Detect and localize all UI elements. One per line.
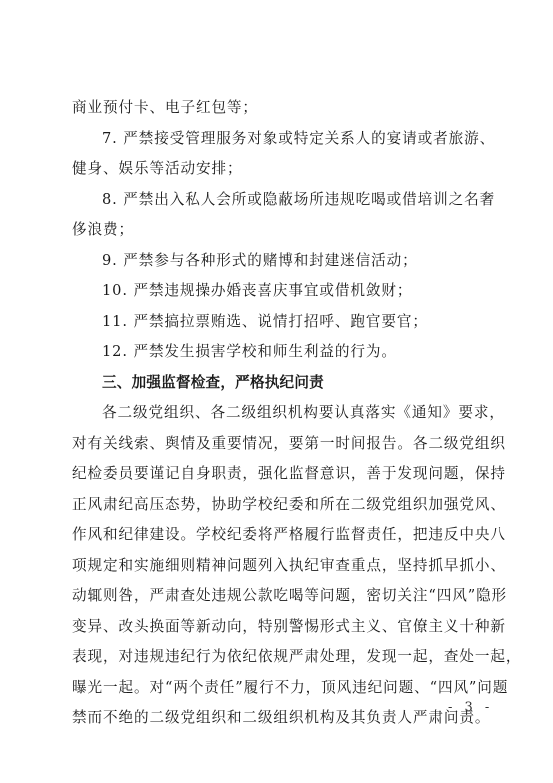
paragraph-line: 动辄则咎，严肃查处违规公款吃喝等问题，密切关注“四风”隐形 bbox=[72, 586, 482, 606]
text-line: 健身、娱乐等活动安排； bbox=[72, 159, 482, 179]
list-item-8: 8. 严禁出入私人会所或隐蔽场所违规吃喝或借培训之名奢 bbox=[102, 190, 482, 210]
paragraph-line: 各二级党组织、各二级组织机构要认真落实《通知》要求， bbox=[102, 403, 482, 423]
text-line: 商业预付卡、电子红包等； bbox=[72, 98, 482, 118]
list-item-11: 11. 严禁搞拉票贿选、说情打招呼、跑官要官； bbox=[102, 312, 482, 332]
list-item-10: 10. 严禁违规操办婚丧喜庆事宜或借机敛财； bbox=[102, 281, 482, 301]
paragraph-line: 变异、改头换面等新动向，特别警惕形式主义、官僚主义十种新 bbox=[72, 617, 482, 637]
list-item-9: 9. 严禁参与各种形式的赌博和封建迷信活动； bbox=[102, 251, 482, 271]
paragraph-line: 禁而不绝的二级党组织和二级组织机构及其负责人严肃问责。 bbox=[72, 708, 482, 728]
paragraph-line: 表现，对违规违纪行为依纪依规严肃处理，发现一起，查处一起， bbox=[72, 647, 482, 667]
page-number: - 3 - bbox=[448, 700, 493, 715]
list-item-12: 12. 严禁发生损害学校和师生利益的行为。 bbox=[102, 342, 482, 362]
section-heading: 三、加强监督检查，严格执纪问责 bbox=[102, 373, 482, 393]
paragraph-line: 曝光一起。对“两个责任”履行不力，顶风违纪问题、“四风”问题 bbox=[72, 678, 482, 698]
paragraph-line: 纪检委员要谨记自身职责，强化监督意识，善于发现问题，保持 bbox=[72, 464, 482, 484]
text-line: 侈浪费； bbox=[72, 220, 482, 240]
paragraph-line: 正风肃纪高压态势，协助学校纪委和所在二级党组织加强党风、 bbox=[72, 495, 482, 515]
paragraph-line: 作风和纪律建设。学校纪委将严格履行监督责任，把违反中央八 bbox=[72, 525, 482, 545]
list-item-7: 7. 严禁接受管理服务对象或特定关系人的宴请或者旅游、 bbox=[102, 129, 482, 149]
paragraph-line: 项规定和实施细则精神问题列入执纪审查重点，坚持抓早抓小、 bbox=[72, 556, 482, 576]
paragraph-line: 对有关线索、舆情及重要情况，要第一时间报告。各二级党组织 bbox=[72, 434, 482, 454]
document-page: 商业预付卡、电子红包等； 7. 严禁接受管理服务对象或特定关系人的宴请或者旅游、… bbox=[0, 0, 553, 783]
